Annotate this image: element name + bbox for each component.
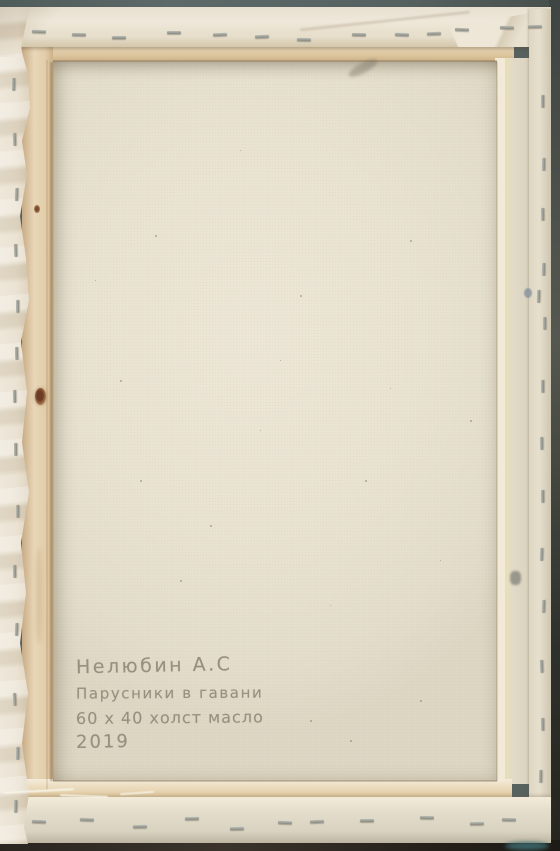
year-inscription: 2019 xyxy=(76,728,306,753)
canvas-speck xyxy=(210,525,212,527)
seam-top xyxy=(53,60,497,62)
staple xyxy=(185,817,199,820)
staple xyxy=(32,820,46,823)
canvas-speck xyxy=(470,420,472,422)
handwritten-inscription: Нелюбин А.С Парусники в гавани 60 х 40 х… xyxy=(76,654,306,751)
canvas-speck xyxy=(365,480,367,482)
staple xyxy=(540,548,543,561)
staple xyxy=(230,827,244,830)
canvas-speck xyxy=(280,360,281,361)
staple xyxy=(395,33,409,36)
stretcher-bar-right xyxy=(495,58,532,784)
staple xyxy=(310,820,324,823)
staple xyxy=(15,623,18,636)
title-inscription: Парусники в гавани xyxy=(76,683,306,702)
canvas-speck xyxy=(420,700,422,702)
staple xyxy=(540,437,543,450)
canvas-speck xyxy=(240,150,241,151)
staple xyxy=(500,26,514,29)
canvas-speck xyxy=(155,235,157,237)
staple xyxy=(297,38,311,41)
staple xyxy=(420,816,434,819)
staple xyxy=(541,95,544,108)
wood-grain-line xyxy=(46,60,48,790)
staple xyxy=(528,25,542,28)
canvas-speck xyxy=(310,720,312,722)
canvas-speck xyxy=(330,605,331,606)
corner-shadow xyxy=(0,7,60,57)
canvas-speck xyxy=(180,580,182,582)
staple xyxy=(543,317,546,330)
staple xyxy=(14,244,17,257)
seam-left xyxy=(50,62,53,781)
staple xyxy=(80,818,94,821)
canvas-speck xyxy=(440,560,441,561)
gray-smudge xyxy=(510,571,521,585)
staple xyxy=(16,505,19,518)
wood-stain xyxy=(36,548,42,643)
wood-knot xyxy=(35,388,46,405)
staple xyxy=(13,565,16,578)
staple xyxy=(539,770,542,783)
canvas-speck xyxy=(95,280,96,281)
canvas-speck xyxy=(260,430,261,431)
staple xyxy=(72,33,86,36)
staple xyxy=(278,821,292,824)
canvas-speck xyxy=(350,740,352,742)
staple xyxy=(112,36,126,39)
staple xyxy=(14,443,17,456)
teal-paint-smudge xyxy=(505,842,549,850)
staple xyxy=(32,30,46,33)
staple xyxy=(16,747,19,760)
staple xyxy=(470,822,484,825)
canvas-speck xyxy=(410,240,412,242)
staple xyxy=(13,693,16,706)
staple xyxy=(541,490,544,503)
size-medium-inscription: 60 х 40 холст масло xyxy=(76,707,306,728)
canvas-speck xyxy=(140,480,142,482)
seam-bottom xyxy=(53,780,497,782)
staple xyxy=(13,390,16,403)
seam-right xyxy=(496,62,498,781)
artist-inscription: Нелюбин А.С xyxy=(76,652,306,679)
staple xyxy=(167,31,181,34)
staple xyxy=(15,347,18,360)
blue-paint-mark xyxy=(524,288,532,298)
staple xyxy=(502,818,516,821)
staple xyxy=(16,300,19,313)
staple xyxy=(542,263,545,276)
staple xyxy=(540,660,543,673)
staple xyxy=(12,78,15,91)
wood-knot-small xyxy=(34,205,40,213)
staple xyxy=(542,158,545,171)
canvas-speck xyxy=(120,380,122,382)
staple xyxy=(537,290,540,303)
staple xyxy=(360,819,374,822)
staple xyxy=(352,33,366,36)
staple xyxy=(542,600,545,613)
staple xyxy=(541,208,544,221)
staple xyxy=(133,825,147,828)
staple xyxy=(255,35,269,38)
staple xyxy=(427,32,441,35)
staple xyxy=(14,800,17,813)
canvas-speck xyxy=(390,388,391,389)
staple xyxy=(15,188,18,201)
staple xyxy=(13,133,16,146)
staple xyxy=(213,33,227,36)
staple xyxy=(541,380,544,393)
staple xyxy=(541,718,544,731)
photo-canvas-back: Нелюбин А.С Парусники в гавани 60 х 40 х… xyxy=(0,0,560,851)
canvas-speck xyxy=(300,295,302,297)
staple xyxy=(455,28,469,31)
